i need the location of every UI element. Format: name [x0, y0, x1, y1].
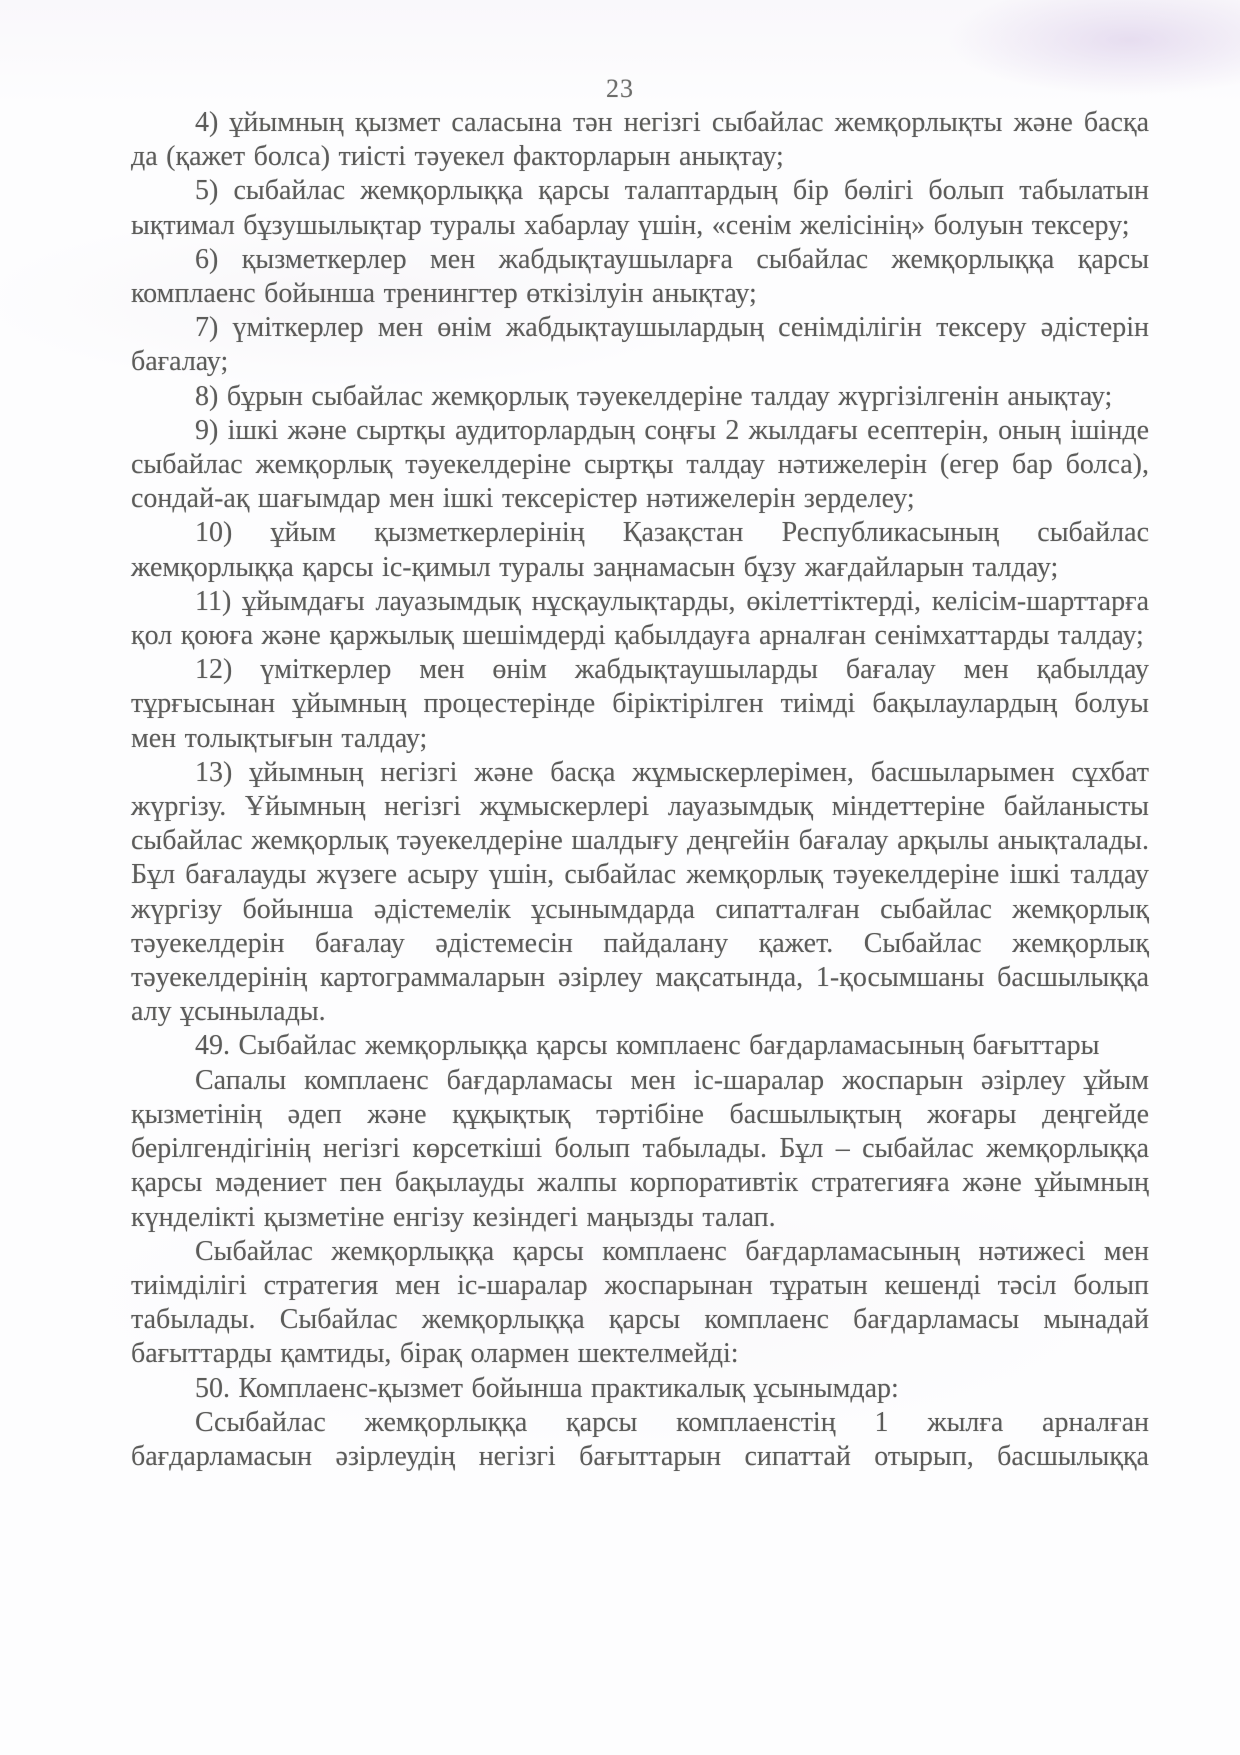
paragraph-section-50-body: Ссыбайлас жемқорлыққа қарсы комплаенстің…: [131, 1406, 1149, 1474]
paragraph-section-49-body-2: Сыбайлас жемқорлыққа қарсы комплаенс бағ…: [131, 1235, 1149, 1372]
paragraph-item-9: 9) ішкі және сыртқы аудиторлардың соңғы …: [131, 414, 1149, 517]
section-heading-50: 50. Комплаенс-қызмет бойынша практикалық…: [131, 1372, 1149, 1406]
paragraph-item-12: 12) үміткерлер мен өнім жабдықтаушыларды…: [131, 653, 1149, 756]
document-page: 23 4) ұйымның қызмет саласына тән негізг…: [0, 0, 1240, 1755]
paragraph-item-10: 10) ұйым қызметкерлерінің Қазақстан Респ…: [131, 516, 1149, 584]
page-number: 23: [0, 74, 1240, 104]
section-heading-49: 49. Сыбайлас жемқорлыққа қарсы комплаенс…: [131, 1029, 1149, 1063]
paragraph-item-5: 5) сыбайлас жемқорлыққа қарсы талаптарды…: [131, 174, 1149, 242]
paragraph-item-11: 11) ұйымдағы лауазымдық нұсқаулықтарды, …: [131, 585, 1149, 653]
paragraph-section-49-body-1: Сапалы комплаенс бағдарламасы мен іс-шар…: [131, 1064, 1149, 1235]
paragraph-item-4: 4) ұйымның қызмет саласына тән негізгі с…: [131, 106, 1149, 174]
paragraph-item-13: 13) ұйымның негізгі және басқа жұмыскерл…: [131, 756, 1149, 1030]
paragraph-item-7: 7) үміткерлер мен өнім жабдықтаушылардың…: [131, 311, 1149, 379]
document-body: 4) ұйымның қызмет саласына тән негізгі с…: [131, 106, 1149, 1474]
paragraph-item-8: 8) бұрын сыбайлас жемқорлық тәуекелдерін…: [131, 380, 1149, 414]
paragraph-item-6: 6) қызметкерлер мен жабдықтаушыларға сыб…: [131, 243, 1149, 311]
